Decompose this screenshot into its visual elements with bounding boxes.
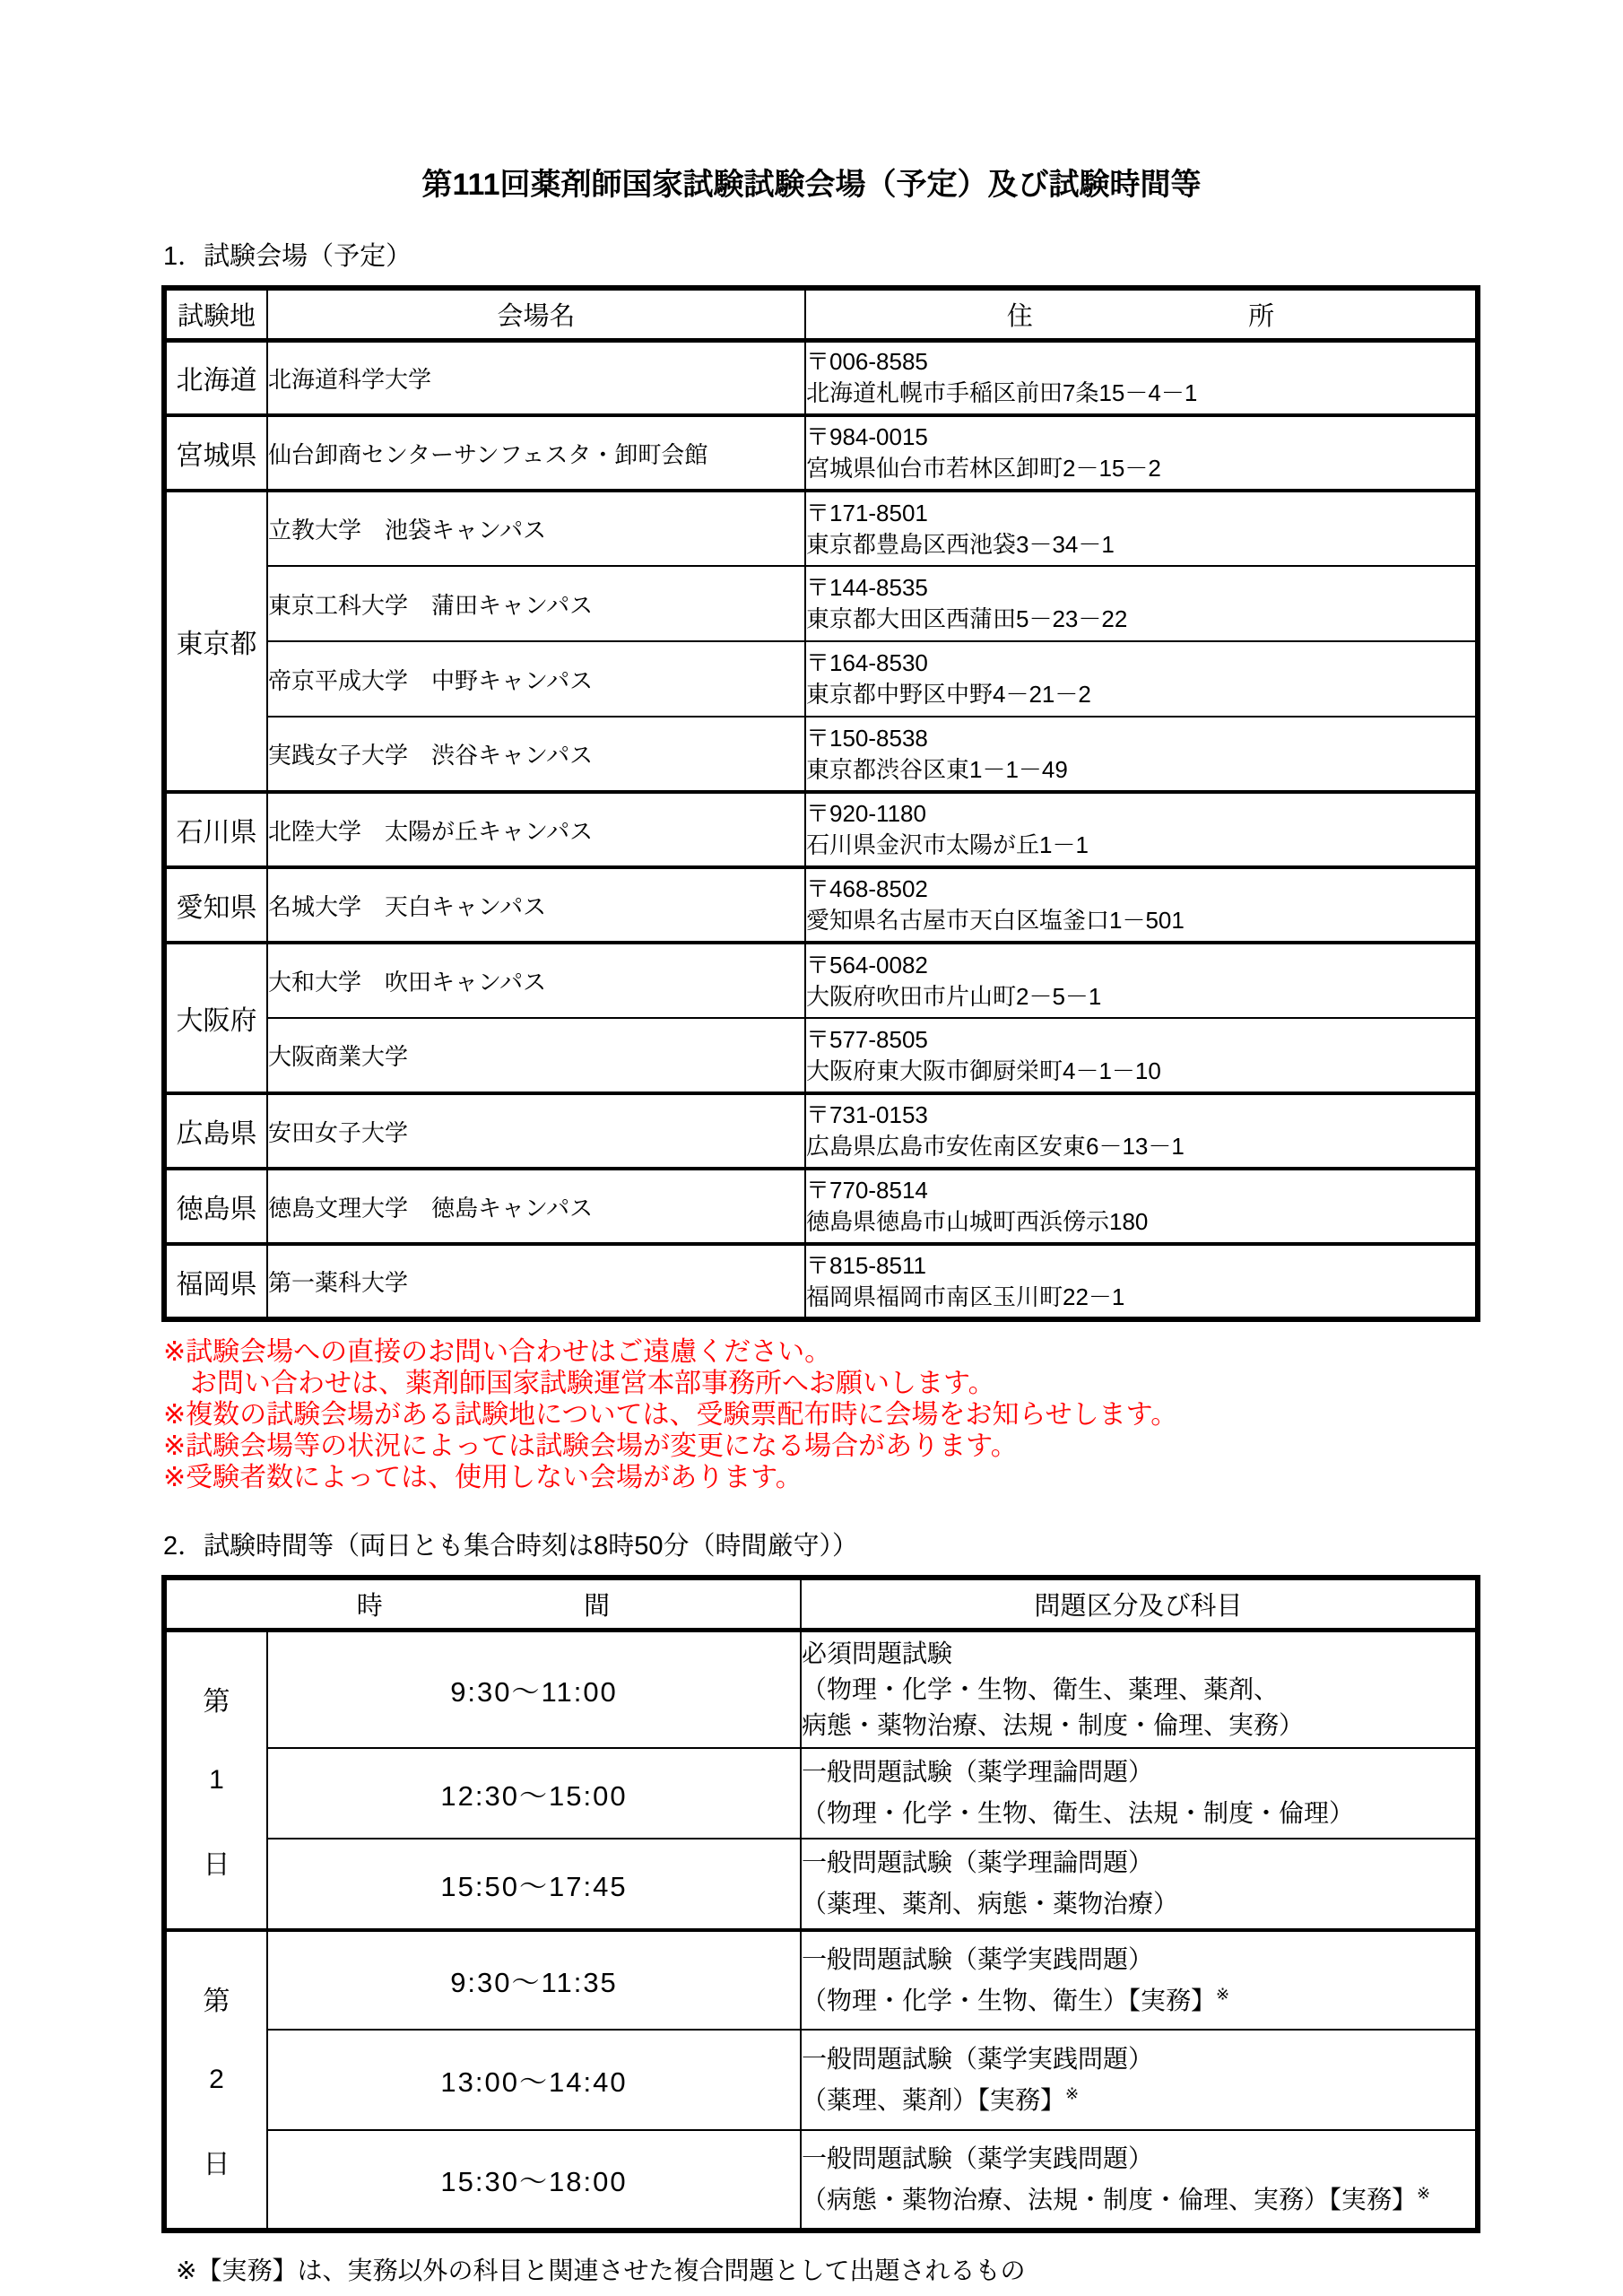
area-cell: 大阪府	[164, 943, 267, 1093]
venue-row-aichi: 愛知県 名城大学 天白キャンパス 〒468-8502 愛知県名古屋市天白区塩釜口…	[164, 867, 1478, 943]
venue-row-ishikawa: 石川県 北陸大学 太陽が丘キャンパス 〒920-1180 石川県金沢市太陽が丘1…	[164, 792, 1478, 867]
postal-code: 〒144-8535	[806, 572, 1475, 604]
day-char: 2	[209, 2065, 224, 2095]
venue-row-tokyo-3: 帝京平成大学 中野キャンパス 〒164-8530 東京都中野区中野4－21－2	[164, 641, 1478, 717]
note-line: ※試験会場への直接のお問い合わせはご遠慮ください。	[163, 1336, 1623, 1368]
note-line: ※受験者数によっては、使用しない会場があります。	[163, 1462, 1623, 1493]
area-cell: 広島県	[164, 1093, 267, 1169]
venue-name: 名城大学 天白キャンパス	[267, 867, 805, 943]
day1-label: 第 1 日	[167, 1632, 266, 1928]
subject-line: 一般問題試験（薬学理論問題）	[802, 1842, 1475, 1883]
day-char: 日	[204, 2142, 230, 2181]
day-char: 第	[204, 1979, 230, 2018]
area-cell: 福岡県	[164, 1244, 267, 1319]
venue-address: 〒171-8501 東京都豊島区西池袋3－34－1	[805, 491, 1478, 566]
area-cell: 宮城県	[164, 415, 267, 491]
area-cell: 石川県	[164, 792, 267, 867]
postal-code: 〒984-0015	[806, 422, 1475, 453]
day-char: 第	[204, 1679, 230, 1718]
postal-code: 〒920-1180	[806, 798, 1475, 830]
footnote: ※【実務】は、実務以外の科目と関連させた複合問題として出題されるもの	[176, 2251, 1623, 2287]
subject-cell: 一般問題試験（薬学実践問題） （病態・薬物治療、法規・制度・倫理、実務）【実務】…	[801, 2130, 1478, 2231]
venue-address: 〒577-8505 大阪府東大阪市御厨栄町4－1－10	[805, 1018, 1478, 1093]
subject-line: （物理・化学・生物、衛生、薬理、薬剤、	[802, 1672, 1475, 1708]
postal-code: 〒731-0153	[806, 1100, 1475, 1131]
time-header-spread: 時 間	[357, 1586, 610, 1622]
schedule-header-row: 時 間 問題区分及び科目	[164, 1578, 1478, 1630]
venue-name: 大和大学 吹田キャンパス	[267, 943, 805, 1018]
subject-line: 一般問題試験（薬学実践問題）	[802, 2039, 1475, 2080]
address-line: 徳島県徳島市山城町西浜傍示180	[806, 1206, 1475, 1238]
venue-address: 〒731-0153 広島県広島市安佐南区安東6－13－1	[805, 1093, 1478, 1169]
time-header-left: 時	[357, 1586, 383, 1622]
subject-cell: 一般問題試験（薬学理論問題） （薬理、薬剤、病態・薬物治療）	[801, 1839, 1478, 1929]
time-header-right: 間	[584, 1586, 610, 1622]
postal-code: 〒770-8514	[806, 1175, 1475, 1206]
subject-cell: 一般問題試験（薬学理論問題） （物理・化学・生物、衛生、法規・制度・倫理）	[801, 1748, 1478, 1839]
address-line: 大阪府吹田市片山町2－5－1	[806, 981, 1475, 1013]
postal-code: 〒164-8530	[806, 648, 1475, 679]
postal-code: 〒564-0082	[806, 950, 1475, 981]
venue-row-hiroshima: 広島県 安田女子大学 〒731-0153 広島県広島市安佐南区安東6－13－1	[164, 1093, 1478, 1169]
col-header-address: 住 所	[805, 288, 1478, 340]
venue-address: 〒150-8538 東京都渋谷区東1－1－49	[805, 717, 1478, 792]
subject-line: （薬理、薬剤、病態・薬物治療）	[802, 1883, 1475, 1925]
col-header-subject: 問題区分及び科目	[801, 1578, 1478, 1630]
area-cell: 北海道	[164, 340, 267, 415]
venue-row-osaka-2: 大阪商業大学 〒577-8505 大阪府東大阪市御厨栄町4－1－10	[164, 1018, 1478, 1093]
venue-address: 〒144-8535 東京都大田区西蒲田5－23－22	[805, 566, 1478, 641]
day2-cell: 第 2 日	[164, 1930, 267, 2231]
postal-code: 〒815-8511	[806, 1250, 1475, 1282]
time-slot: 9:30～11:35	[267, 1930, 801, 2031]
subject-line: 必須問題試験	[802, 1636, 1475, 1672]
postal-code: 〒171-8501	[806, 498, 1475, 529]
address-header-left: 住	[1007, 296, 1033, 333]
day2-label: 第 2 日	[167, 1932, 266, 2228]
venue-row-miyagi: 宮城県 仙台卸商センターサンフェスタ・卸町会館 〒984-0015 宮城県仙台市…	[164, 415, 1478, 491]
address-line: 北海道札幌市手稲区前田7条15－4－1	[806, 378, 1475, 409]
subject-line-text: （病態・薬物治療、法規・制度・倫理、実務）【実務】	[802, 2186, 1417, 2213]
venue-address: 〒984-0015 宮城県仙台市若林区卸町2－15－2	[805, 415, 1478, 491]
subject-line-text: （物理・化学・生物、衛生）【実務】	[802, 1987, 1216, 2014]
day1-cell: 第 1 日	[164, 1630, 267, 1930]
venue-name: 第一薬科大学	[267, 1244, 805, 1319]
venue-address: 〒815-8511 福岡県福岡市南区玉川町22－1	[805, 1244, 1478, 1319]
venue-address: 〒564-0082 大阪府吹田市片山町2－5－1	[805, 943, 1478, 1018]
venues-table: 試験地 会場名 住 所 北海道 北海道科学大学 〒006-8585 北海道札幌市…	[161, 285, 1480, 1322]
venue-row-tokyo-1: 東京都 立教大学 池袋キャンパス 〒171-8501 東京都豊島区西池袋3－34…	[164, 491, 1478, 566]
area-cell: 徳島県	[164, 1169, 267, 1244]
time-slot: 15:30～18:00	[267, 2130, 801, 2231]
schedule-row-d1s2: 12:30～15:00 一般問題試験（薬学理論問題） （物理・化学・生物、衛生、…	[164, 1748, 1478, 1839]
time-slot: 13:00～14:40	[267, 2030, 801, 2130]
venues-header-row: 試験地 会場名 住 所	[164, 288, 1478, 340]
time-slot: 15:50～17:45	[267, 1839, 801, 1929]
address-line: 東京都渋谷区東1－1－49	[806, 754, 1475, 786]
postal-code: 〒150-8538	[806, 723, 1475, 754]
day-char: 日	[204, 1842, 230, 1882]
document-page: 第111回薬剤師国家試験試験会場（予定）及び試験時間等 1．試験会場（予定） 試…	[0, 0, 1623, 2296]
section2-heading: 2．試験時間等（両日とも集合時刻は8時50分（時間厳守））	[163, 1526, 1623, 1562]
schedule-row-d2s1: 第 2 日 9:30～11:35 一般問題試験（薬学実践問題） （物理・化学・生…	[164, 1930, 1478, 2031]
venue-row-osaka-1: 大阪府 大和大学 吹田キャンパス 〒564-0082 大阪府吹田市片山町2－5－…	[164, 943, 1478, 1018]
address-line: 大阪府東大阪市御厨栄町4－1－10	[806, 1056, 1475, 1087]
address-line: 東京都大田区西蒲田5－23－22	[806, 604, 1475, 635]
venue-name: 徳島文理大学 徳島キャンパス	[267, 1169, 805, 1244]
subject-line: 一般問題試験（薬学実践問題）	[802, 2138, 1475, 2179]
subject-cell: 一般問題試験（薬学実践問題） （物理・化学・生物、衛生）【実務】※	[801, 1930, 1478, 2031]
address-header-spread: 住 所	[1007, 296, 1274, 333]
page-title: 第111回薬剤師国家試験試験会場（予定）及び試験時間等	[0, 0, 1623, 204]
address-line: 宮城県仙台市若林区卸町2－15－2	[806, 453, 1475, 484]
section1-heading: 1．試験会場（予定）	[163, 236, 1623, 273]
notes-block: ※試験会場への直接のお問い合わせはご遠慮ください。 お問い合わせは、薬剤師国家試…	[163, 1336, 1623, 1493]
jitsumu-ref-mark: ※	[1216, 1986, 1229, 2004]
area-cell: 愛知県	[164, 867, 267, 943]
jitsumu-ref-mark: ※	[1417, 2184, 1430, 2202]
note-line: お問い合わせは、薬剤師国家試験運営本部事務所へお願いします。	[163, 1368, 1623, 1399]
address-header-right: 所	[1248, 296, 1274, 333]
schedule-table: 時 間 問題区分及び科目 第 1 日 9:30～11:00 必須問	[161, 1575, 1480, 2233]
venue-address: 〒006-8585 北海道札幌市手稲区前田7条15－4－1	[805, 340, 1478, 415]
schedule-row-d2s2: 13:00～14:40 一般問題試験（薬学実践問題） （薬理、薬剤）【実務】※	[164, 2030, 1478, 2130]
venue-name: 実践女子大学 渋谷キャンパス	[267, 717, 805, 792]
jitsumu-ref-mark: ※	[1065, 2085, 1079, 2103]
venue-address: 〒468-8502 愛知県名古屋市天白区塩釜口1－501	[805, 867, 1478, 943]
col-header-time: 時 間	[164, 1578, 801, 1630]
note-line: ※複数の試験会場がある試験地については、受験票配布時に会場をお知らせします。	[163, 1399, 1623, 1431]
venue-row-fukuoka: 福岡県 第一薬科大学 〒815-8511 福岡県福岡市南区玉川町22－1	[164, 1244, 1478, 1319]
venue-name: 北海道科学大学	[267, 340, 805, 415]
address-line: 広島県広島市安佐南区安東6－13－1	[806, 1131, 1475, 1162]
venue-name: 東京工科大学 蒲田キャンパス	[267, 566, 805, 641]
note-line: ※試験会場等の状況によっては試験会場が変更になる場合があります。	[163, 1431, 1623, 1462]
subject-cell: 一般問題試験（薬学実践問題） （薬理、薬剤）【実務】※	[801, 2030, 1478, 2130]
schedule-row-d1s3: 15:50～17:45 一般問題試験（薬学理論問題） （薬理、薬剤、病態・薬物治…	[164, 1839, 1478, 1929]
venue-name: 仙台卸商センターサンフェスタ・卸町会館	[267, 415, 805, 491]
time-slot: 9:30～11:00	[267, 1630, 801, 1748]
subject-line: （物理・化学・生物、衛生、法規・制度・倫理）	[802, 1793, 1475, 1834]
venue-name: 北陸大学 太陽が丘キャンパス	[267, 792, 805, 867]
address-line: 福岡県福岡市南区玉川町22－1	[806, 1282, 1475, 1313]
area-cell: 東京都	[164, 491, 267, 792]
address-line: 石川県金沢市太陽が丘1－1	[806, 830, 1475, 861]
subject-line-text: （薬理、薬剤）【実務】	[802, 2086, 1065, 2114]
postal-code: 〒468-8502	[806, 874, 1475, 905]
venue-address: 〒920-1180 石川県金沢市太陽が丘1－1	[805, 792, 1478, 867]
subject-line: 一般問題試験（薬学実践問題）	[802, 1939, 1475, 1980]
venue-row-tokyo-4: 実践女子大学 渋谷キャンパス 〒150-8538 東京都渋谷区東1－1－49	[164, 717, 1478, 792]
address-line: 東京都豊島区西池袋3－34－1	[806, 529, 1475, 561]
day-char: 1	[209, 1765, 224, 1796]
schedule-row-d2s3: 15:30～18:00 一般問題試験（薬学実践問題） （病態・薬物治療、法規・制…	[164, 2130, 1478, 2231]
time-slot: 12:30～15:00	[267, 1748, 801, 1839]
venue-address: 〒770-8514 徳島県徳島市山城町西浜傍示180	[805, 1169, 1478, 1244]
venue-name: 立教大学 池袋キャンパス	[267, 491, 805, 566]
postal-code: 〒006-8585	[806, 346, 1475, 378]
venue-row-tokyo-2: 東京工科大学 蒲田キャンパス 〒144-8535 東京都大田区西蒲田5－23－2…	[164, 566, 1478, 641]
subject-line: （病態・薬物治療、法規・制度・倫理、実務）【実務】※	[802, 2179, 1475, 2221]
venue-name: 安田女子大学	[267, 1093, 805, 1169]
address-line: 東京都中野区中野4－21－2	[806, 679, 1475, 710]
col-header-area: 試験地	[164, 288, 267, 340]
venue-row-hokkaido: 北海道 北海道科学大学 〒006-8585 北海道札幌市手稲区前田7条15－4－…	[164, 340, 1478, 415]
col-header-name: 会場名	[267, 288, 805, 340]
subject-line: （物理・化学・生物、衛生）【実務】※	[802, 1980, 1475, 2022]
venue-name: 帝京平成大学 中野キャンパス	[267, 641, 805, 717]
schedule-row-d1s1: 第 1 日 9:30～11:00 必須問題試験 （物理・化学・生物、衛生、薬理、…	[164, 1630, 1478, 1748]
subject-line: （薬理、薬剤）【実務】※	[802, 2080, 1475, 2121]
address-line: 愛知県名古屋市天白区塩釜口1－501	[806, 905, 1475, 936]
subject-line: 病態・薬物治療、法規・制度・倫理、実務）	[802, 1708, 1475, 1744]
venue-address: 〒164-8530 東京都中野区中野4－21－2	[805, 641, 1478, 717]
subject-cell: 必須問題試験 （物理・化学・生物、衛生、薬理、薬剤、 病態・薬物治療、法規・制度…	[801, 1630, 1478, 1748]
subject-line: 一般問題試験（薬学理論問題）	[802, 1752, 1475, 1793]
venue-name: 大阪商業大学	[267, 1018, 805, 1093]
postal-code: 〒577-8505	[806, 1024, 1475, 1056]
venue-row-tokushima: 徳島県 徳島文理大学 徳島キャンパス 〒770-8514 徳島県徳島市山城町西浜…	[164, 1169, 1478, 1244]
